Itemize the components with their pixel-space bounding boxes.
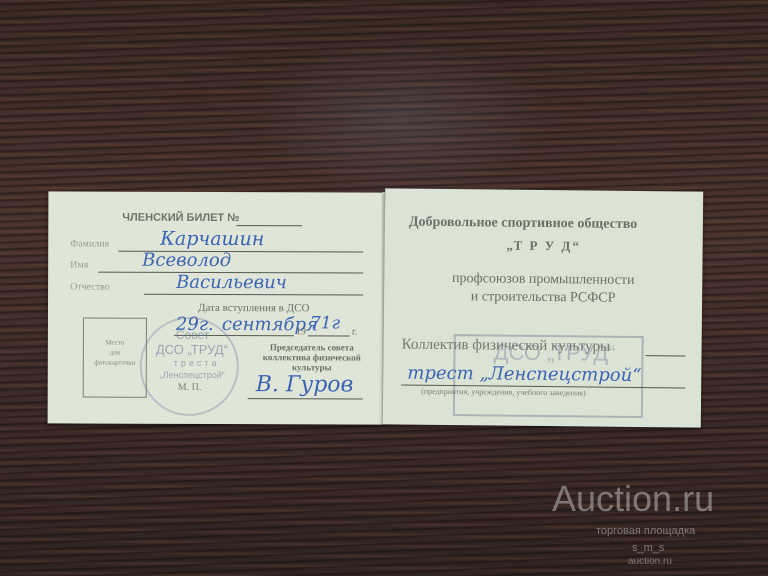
org-name: „Т Р У Д“ <box>385 236 703 255</box>
name-handwritten: Всеволод <box>142 250 231 271</box>
stamp-text-organization: „Ленспецстрой“ <box>160 370 225 380</box>
watermark-site: auction.ru <box>628 556 672 567</box>
patronymic-line <box>144 294 363 296</box>
collective-handwritten: трест „Ленспецстрой“ <box>407 363 641 386</box>
join-date-year: 71г <box>310 313 340 333</box>
membership-card-left-page: ЧЛЕНСКИЙ БИЛЕТ № Фамилия Карчашин Имя Вс… <box>48 191 384 424</box>
surname-label: Фамилия <box>70 238 109 249</box>
wood-light-reflection <box>250 40 550 200</box>
signature-line <box>248 398 363 399</box>
photo-placeholder-text-1: Место <box>84 339 146 348</box>
org-line-2: профсоюзов промышленности <box>384 270 702 289</box>
join-date-suffix: г. <box>352 326 358 337</box>
photo-placeholder-box: Место для фотокарточки <box>83 318 147 398</box>
chairman-label-1: Председатель совета <box>252 342 372 352</box>
join-date-year-line <box>308 335 350 336</box>
chairman-label-3: культуры <box>252 362 372 372</box>
ticket-number-line <box>236 225 302 226</box>
org-line-3: и строительства РСФСР <box>384 288 702 307</box>
collective-hint: (предприятия, учреждения, учебного завед… <box>421 387 586 398</box>
patronymic-handwritten: Васильевич <box>176 272 287 293</box>
stamp-text-trust: треста <box>174 358 220 368</box>
org-line-1: Добровольное спортивное общество <box>409 215 637 233</box>
watermark-brand: Auction.ru <box>552 478 714 520</box>
patronymic-label: Отчество <box>70 281 110 292</box>
surname-handwritten: Карчашин <box>160 228 264 250</box>
collective-line-1 <box>646 355 686 356</box>
collective-label: Коллектив физической культуры <box>402 337 611 356</box>
join-date-century: 19 <box>296 326 306 337</box>
stamp-text-dso-trud: ДСО „ТРУД“ <box>156 342 228 357</box>
chairman-signature: В. Гуров <box>256 372 354 397</box>
name-label: Имя <box>70 259 88 270</box>
watermark-tagline: торговая площадка <box>596 525 695 537</box>
membership-card-right-page: Добровольное спортивное общество „Т Р У … <box>383 188 703 427</box>
seal-place-label: М. П. <box>178 382 202 393</box>
photo-placeholder-text-2: для <box>84 349 146 358</box>
ticket-number-label: ЧЛЕНСКИЙ БИЛЕТ № <box>122 212 239 224</box>
chairman-label-2: коллектива физической <box>250 352 374 362</box>
stamp-text-council: Совет <box>176 328 209 342</box>
join-date-label: Дата вступления в ДСО <box>198 302 309 314</box>
watermark-seller: s_m_s <box>632 542 664 554</box>
photo-placeholder-text-3: фотокарточки <box>84 359 146 368</box>
